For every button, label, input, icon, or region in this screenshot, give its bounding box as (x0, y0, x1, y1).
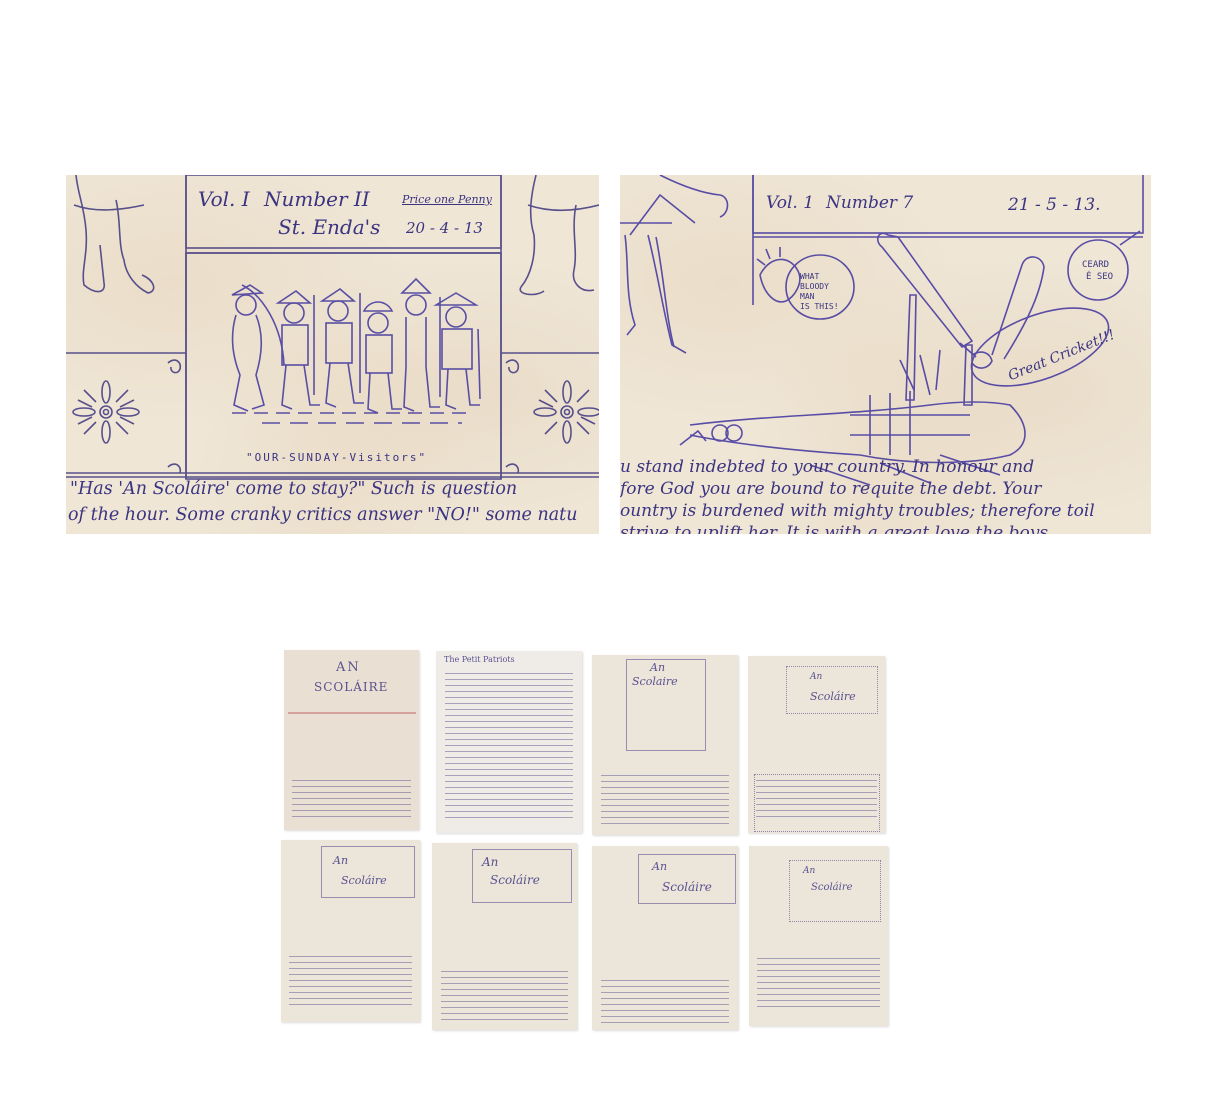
page-thumbnail-3[interactable]: An Scolaire (592, 655, 738, 835)
page-thumbnail-6[interactable]: An Scoláire (432, 843, 577, 1030)
page-thumbnail-2[interactable]: The Petit Patriots (436, 651, 582, 833)
thumb-title-line1: An (482, 855, 498, 869)
page-thumbnail-7[interactable]: An Scoláire (592, 846, 738, 1030)
thumb-title-line1: An (810, 672, 822, 682)
thumb-title-line2: Scoláire (341, 874, 387, 887)
thumb-title-line1: An (652, 860, 667, 873)
thumb-title-line1: The Petit Patriots (444, 655, 515, 664)
thumb-title-line2: SCOLÁIRE (314, 680, 388, 694)
thumb-title-line2: Scoláire (810, 690, 856, 703)
thumb-title-line2: Scolaire (632, 675, 678, 688)
thumb-title-line1: An (650, 661, 665, 674)
thumb-title-line1: An (333, 854, 348, 867)
thumb-title-line2: Scoláire (662, 880, 712, 894)
thumbnail-grid: AN SCOLÁIRE The Petit Patriots An Scolai… (0, 0, 1213, 1114)
page-thumbnail-8[interactable]: An Scoláire (749, 846, 888, 1026)
thumb-title-line1: AN (336, 660, 361, 675)
thumb-title-line2: Scoláire (490, 873, 540, 887)
page-thumbnail-4[interactable]: An Scoláire (748, 656, 885, 833)
thumb-title-line1: An (803, 866, 815, 876)
page-thumbnail-1[interactable]: AN SCOLÁIRE (284, 650, 419, 830)
page-thumbnail-5[interactable]: An Scoláire (281, 840, 420, 1022)
thumb-title-line2: Scoláire (811, 882, 853, 893)
